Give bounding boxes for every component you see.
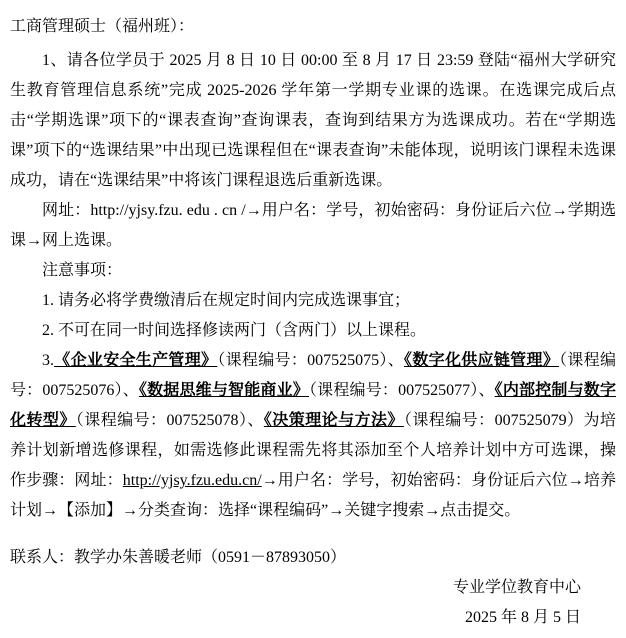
notice-document: 工商管理硕士（福州班）： 1、请各位学员于 2025 月 8 日 10 日 00… <box>0 0 626 638</box>
course-code-5: （课程编号：007525079） <box>404 412 584 429</box>
course-title-2: 《数字化供应链管理》 <box>404 352 559 369</box>
course-title-1: 《企业安全生产管理》 <box>54 352 217 369</box>
notes-heading: 注意事项： <box>10 256 616 286</box>
paragraph-course-selection: 1、请各位学员于 2025 月 8 日 10 日 00:00 至 8 月 17 … <box>10 46 616 196</box>
signature-line: 专业学位教育中心 <box>10 573 616 603</box>
note-1: 1. 请务必将学费缴清后在规定时间内完成选课事宜； <box>10 286 616 316</box>
salutation: 工商管理硕士（福州班）： <box>10 12 616 42</box>
course-title-3: 《数据思维与智能商业》 <box>139 382 309 399</box>
date-line: 2025 年 8 月 5 日 <box>10 603 616 633</box>
course-code-4: （课程编号：007525078）、 <box>76 412 264 429</box>
note-3-lead: 3. <box>42 352 54 369</box>
contact-line: 联系人：教学办朱善暖老师（0591－87893050） <box>10 543 616 573</box>
course-title-5: 《决策理论与方法》 <box>264 412 404 429</box>
system-url-text: http://yjsy.fzu. edu . cn / <box>90 202 245 219</box>
course-code-3: （课程编号：007525077）、 <box>309 382 495 399</box>
url-line-prefix: 网址： <box>42 202 90 219</box>
course-code-1: （课程编号：007525075）、 <box>217 352 404 369</box>
portal-url-link[interactable]: http://yjsy.fzu.edu.cn/ <box>123 472 262 489</box>
note-3: 3.《企业安全生产管理》（课程编号：007525075）、《数字化供应链管理》（… <box>10 346 616 526</box>
paragraph-url-line: 网址：http://yjsy.fzu. edu . cn /→用户名：学号，初始… <box>10 196 616 256</box>
note-2: 2. 不可在同一时间选择修读两门（含两门）以上课程。 <box>10 316 616 346</box>
